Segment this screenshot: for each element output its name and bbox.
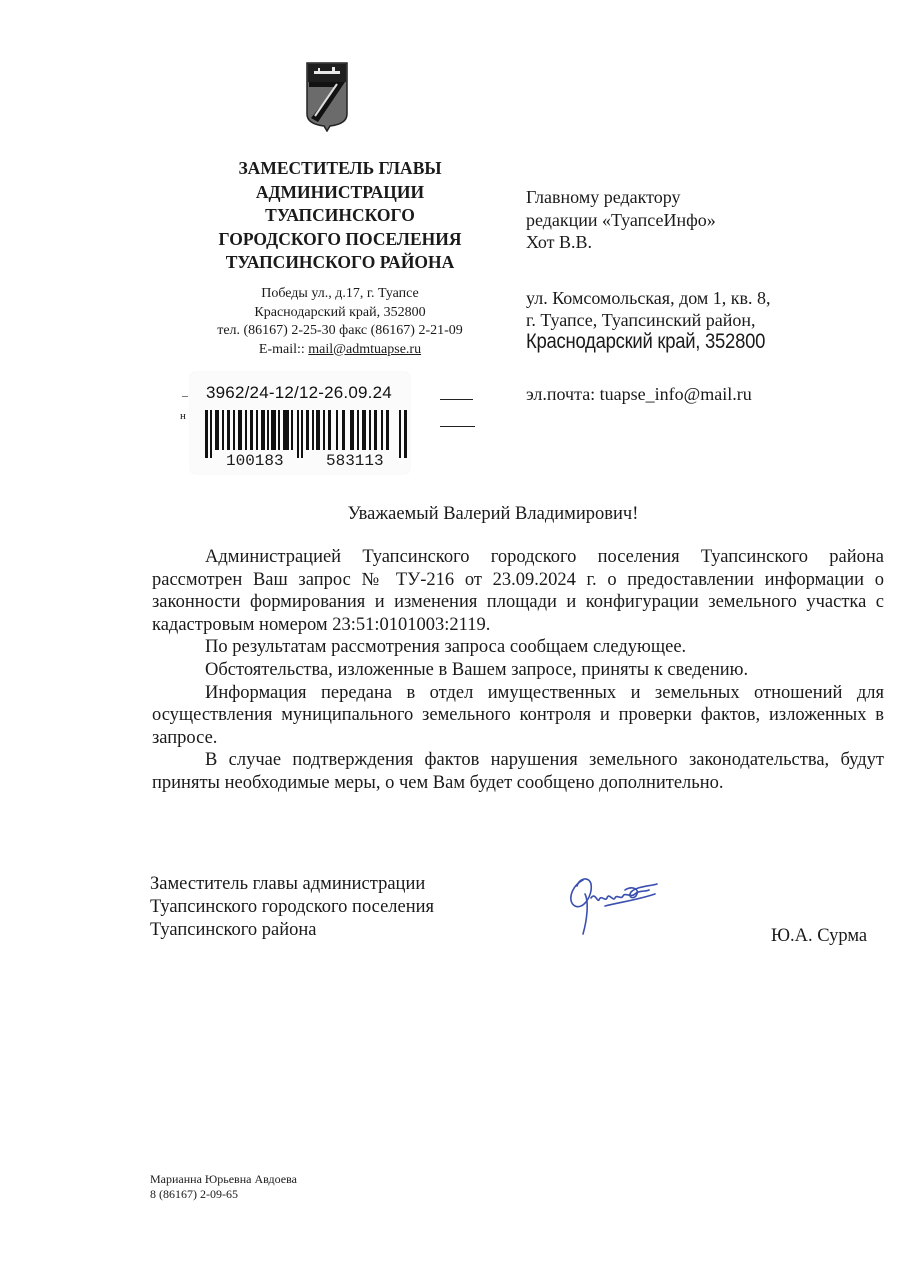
recipient-email: эл.почта: tuapse_info@mail.ru	[526, 384, 752, 405]
recipient-address-line: ул. Комсомольская, дом 1, кв. 8,	[526, 287, 798, 309]
email-link[interactable]: mail@admtuapse.ru	[308, 342, 421, 357]
date-underline	[440, 399, 473, 400]
registration-number: 3962/24-12/12-26.09.24	[206, 383, 392, 403]
executor-phone: 8 (86167) 2-09-65	[150, 1187, 297, 1202]
organization-title: ЗАМЕСТИТЕЛЬ ГЛАВЫ АДМИНИСТРАЦИИ ТУАПСИНС…	[190, 157, 490, 275]
recipient-name: Хот В.В.	[526, 231, 716, 254]
address-line: Краснодарский край, 352800	[190, 304, 490, 323]
paragraph: Администрацией Туапсинского городского п…	[152, 546, 884, 636]
paragraph: Информация передана в отдел имущественны…	[152, 682, 884, 750]
barcode-number-left: 100183	[226, 452, 284, 470]
registration-n-label: н	[180, 410, 186, 422]
handwritten-signature-icon	[565, 872, 665, 938]
paragraph: По результатам рассмотрения запроса сооб…	[152, 636, 884, 659]
recipient-address-line: Краснодарский край, 352800	[526, 331, 765, 353]
phone-fax-line: тел. (86167) 2-25-30 факс (86167) 2-21-0…	[190, 322, 490, 341]
org-line: АДМИНИСТРАЦИИ	[190, 181, 490, 205]
coat-of-arms-icon	[306, 62, 348, 132]
recipient-address: ул. Комсомольская, дом 1, кв. 8, г. Туап…	[526, 287, 798, 353]
email-line: E-mail:: mail@admtuapse.ru	[190, 341, 490, 360]
org-line: ГОРОДСКОГО ПОСЕЛЕНИЯ	[190, 228, 490, 252]
signatory-name: Ю.А. Сурма	[771, 926, 867, 947]
barcode-number-right: 583113	[326, 452, 384, 470]
recipient-address-line: г. Туапсе, Туапсинский район,	[526, 309, 798, 331]
paragraph: Обстоятельства, изложенные в Вашем запро…	[152, 659, 884, 682]
number-underline	[440, 426, 475, 427]
signatory-title-line: Заместитель главы администрации	[150, 873, 434, 896]
executor-name: Марианна Юрьевна Авдоева	[150, 1172, 297, 1187]
org-line: ТУАПСИНСКОГО РАЙОНА	[190, 251, 490, 275]
greeting: Уважаемый Валерий Владимирович!	[0, 504, 906, 525]
recipient-line: Главному редактору	[526, 186, 716, 209]
signatory-title-line: Туапсинского городского поселения	[150, 896, 434, 919]
recipient-line: редакции «ТуапсеИнфо»	[526, 209, 716, 232]
organization-address: Победы ул., д.17, г. Туапсе Краснодарски…	[190, 285, 490, 359]
org-line: ТУАПСИНСКОГО	[190, 204, 490, 228]
signatory-title: Заместитель главы администрации Туапсинс…	[150, 873, 434, 941]
barcode	[205, 410, 413, 458]
recipient-block: Главному редактору редакции «ТуапсеИнфо»…	[526, 186, 716, 254]
email-label: E-mail::	[259, 342, 308, 357]
org-line: ЗАМЕСТИТЕЛЬ ГЛАВЫ	[190, 157, 490, 181]
signatory-title-line: Туапсинского района	[150, 919, 434, 942]
executor-info: Марианна Юрьевна Авдоева 8 (86167) 2-09-…	[150, 1172, 297, 1201]
paragraph: В случае подтверждения фактов нарушения …	[152, 749, 884, 794]
address-line: Победы ул., д.17, г. Туапсе	[190, 285, 490, 304]
letter-body: Администрацией Туапсинского городского п…	[152, 546, 884, 795]
registration-dash: –	[182, 388, 188, 403]
